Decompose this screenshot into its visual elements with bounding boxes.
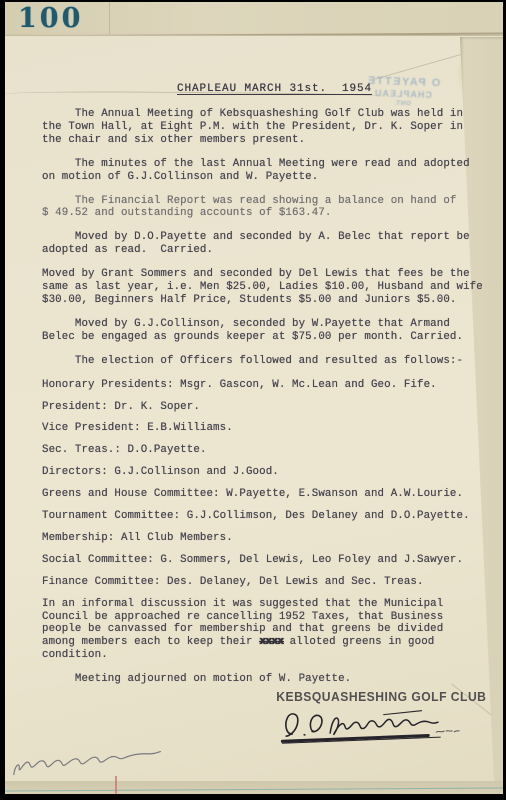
paragraph: The election of Officers followed and re… <box>42 355 482 368</box>
paragraph: Moved by G.J.Collinson, seconded by W.Pa… <box>42 318 482 344</box>
paragraph: Moved by Grant Sommers and seconded by D… <box>42 268 482 307</box>
typed-line: Meeting adjourned on motion of W. Payett… <box>42 673 482 686</box>
typed-line: Honorary Presidents: Msgr. Gascon, W. Mc… <box>42 379 482 392</box>
typed-document-body: The Annual Meeting of Kebsquasheshing Go… <box>42 108 482 708</box>
paragraph: The Annual Meeting of Kebsquasheshing Go… <box>42 108 482 147</box>
typed-line: Sec. Treas.: D.O.Payette. <box>42 444 482 457</box>
club-rubber-stamp: KEBSQUASHESHING GOLF CLUB <box>276 690 486 704</box>
paragraph: Meeting adjourned on motion of W. Payett… <box>42 673 482 686</box>
fold-line <box>109 2 110 34</box>
paragraph: Moved by D.O.Payette and seconded by A. … <box>42 231 482 257</box>
typed-line: The Annual Meeting of Kebsquasheshing Go… <box>42 108 482 121</box>
paragraph: The minutes of the last Annual Meeting w… <box>42 158 482 184</box>
signature-eb-williams <box>6 739 168 785</box>
paragraph: Honorary Presidents: Msgr. Gascon, W. Mc… <box>42 379 482 392</box>
typed-line: Social Committee: G. Sommers, Del Lewis,… <box>42 554 482 567</box>
typed-line: Tournament Committee: G.J.Collimson, Des… <box>42 510 482 523</box>
paragraph: President: Dr. K. Soper. <box>42 401 482 414</box>
paragraph: Sec. Treas.: D.O.Payette. <box>42 444 482 457</box>
typed-line: Moved by Grant Sommers and seconded by D… <box>42 268 482 281</box>
paragraph: Greens and House Committee: W.Payette, E… <box>42 488 482 501</box>
paragraph: Directors: G.J.Collinson and J.Good. <box>42 466 482 479</box>
typed-line: the chair and six other members present. <box>42 134 482 147</box>
paragraph: In an informal discussion it was suggest… <box>42 598 482 663</box>
typed-line: Greens and House Committee: W.Payette, E… <box>42 488 482 501</box>
typed-line: Vice President: E.B.Williams. <box>42 422 482 435</box>
typed-line: Council be approached re cancelling 1952… <box>42 611 482 624</box>
paragraph: Finance Committee: Des. Delaney, Del Lew… <box>42 576 482 589</box>
ledger-margin-line <box>115 776 117 794</box>
typed-text: alloted greens in good <box>283 636 434 648</box>
typed-line: on motion of G.J.Collinson and W. Payett… <box>42 171 482 184</box>
typed-line: Moved by D.O.Payette and seconded by A. … <box>42 231 482 244</box>
typed-line: President: Dr. K. Soper. <box>42 401 482 414</box>
paragraph: Vice President: E.B.Williams. <box>42 422 482 435</box>
typed-line: adopted as read. Carried. <box>42 244 482 257</box>
typed-line: among members each to keep their xxxx al… <box>42 636 482 649</box>
typed-line: In an informal discussion it was suggest… <box>42 598 482 611</box>
pasted-minutes-sheet: O PAYETTE CHAPLEAU ONT. CHAPLEAU MARCH 3… <box>5 35 503 781</box>
typed-text: among members each to keep their <box>42 636 259 648</box>
typed-line: $30.00, Beginners Half Price, Students $… <box>42 294 482 307</box>
typed-line: people be canvassed for membership and t… <box>42 623 482 636</box>
paragraph: Tournament Committee: G.J.Collimson, Des… <box>42 510 482 523</box>
typed-line: Directors: G.J.Collinson and J.Good. <box>42 466 482 479</box>
paragraph: Membership: All Club Members. <box>42 532 482 545</box>
typed-line: The election of Officers followed and re… <box>42 355 482 368</box>
scanned-ledger-page: 100 O PAYETTE CHAPLEAU ONT. CHAPLEAU MAR… <box>5 2 503 794</box>
document-heading: CHAPLEAU MARCH 31st. 1954 <box>177 83 372 95</box>
ledger-bottom-strip <box>5 781 503 794</box>
typed-line: Moved by G.J.Collinson, seconded by W.Pa… <box>42 318 482 331</box>
paragraph: The Financial Report was read showing a … <box>42 195 482 221</box>
ledger-page-number: 100 <box>18 3 83 34</box>
signature-do-payette <box>280 704 461 749</box>
typed-line: Membership: All Club Members. <box>42 532 482 545</box>
struck-out-word: xxxx <box>259 636 283 648</box>
typed-line: same as last year, i.e. Men $25.00, Ladi… <box>42 281 482 294</box>
paragraph: Social Committee: G. Sommers, Del Lewis,… <box>42 554 482 567</box>
ledger-rule-line <box>5 787 503 791</box>
typed-line: Finance Committee: Des. Delaney, Del Lew… <box>42 576 482 589</box>
typed-line: The minutes of the last Annual Meeting w… <box>42 158 482 171</box>
typed-line: the Town Hall, at Eight P.M. with the Pr… <box>42 121 482 134</box>
typed-line: Belec be engaged as grounds keeper at $7… <box>42 331 482 344</box>
typed-line: condition. <box>42 649 482 662</box>
typed-line: $ 49.52 and outstanding accounts of $163… <box>42 207 482 220</box>
ledger-top-strip: 100 <box>5 2 503 35</box>
typed-line: The Financial Report was read showing a … <box>42 195 482 208</box>
